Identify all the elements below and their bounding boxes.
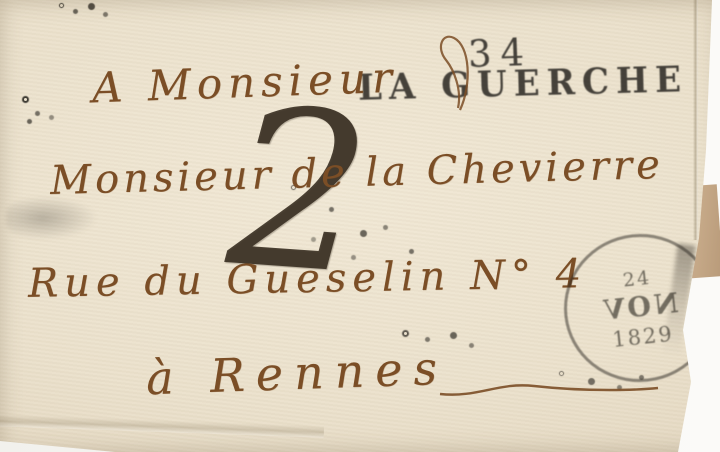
town-name-stamp: LA GUERCHE [358, 59, 689, 110]
fold-crease-right [693, 0, 698, 240]
fold-crease-bottom [0, 414, 324, 438]
ink-specks [24, 98, 27, 101]
letter-scan: 34 LA GUERCHE 2 A Monsieur Monsieur de l… [0, 0, 720, 452]
address-line-city: à Rennes [145, 341, 449, 406]
letter-sheet: 34 LA GUERCHE 2 A Monsieur Monsieur de l… [0, 0, 720, 452]
datestamp-year: 1829 [611, 321, 675, 351]
address-line-name: Monsieur de la Chevierre [50, 142, 665, 204]
ink-specks [60, 4, 63, 7]
datestamp-day: 24 [622, 266, 652, 291]
pen-flourish [428, 24, 478, 114]
ink-specks [404, 332, 407, 335]
address-line-street: Rue du Gueselin N° 4 [28, 251, 588, 307]
